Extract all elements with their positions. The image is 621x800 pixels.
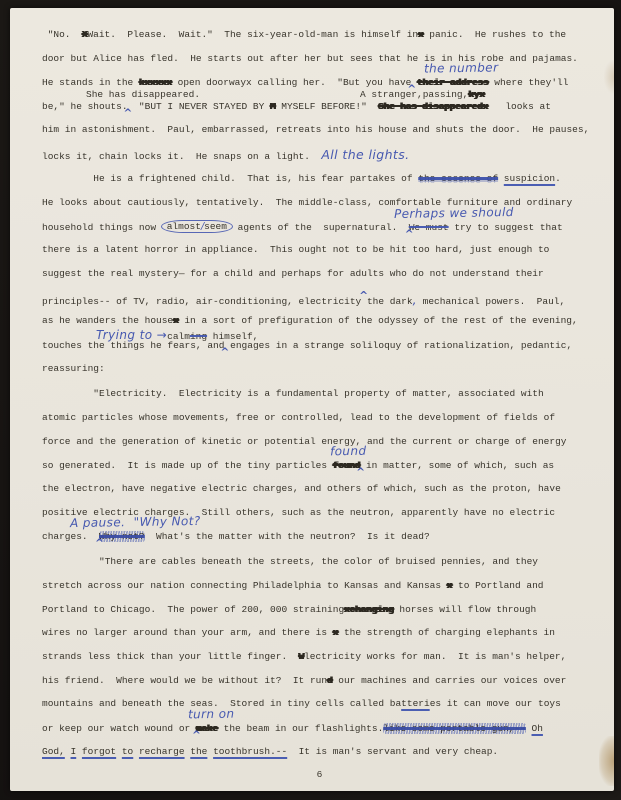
typed-text: es it can move our toys [430,698,561,709]
typed-text: seem [204,221,227,232]
typed-text: He stands in the [42,77,139,88]
typescript-line: mountains and beneath the seas. Stored i… [42,698,597,722]
typescript-line: him in astonishment. Paul, embarrassed, … [42,124,597,148]
typed-text: reassuring: [42,363,105,374]
blue-underlined-text: tteri [401,698,430,709]
typed-text: his friend. Where would we be without it… [42,675,327,686]
typed-text: "Electricity. Electricity is a fundament… [42,388,544,399]
typed-text: . [555,173,561,184]
typescript-line: suggest the real mystery— for a child an… [42,268,597,292]
typed-text: where they'll [489,77,569,88]
typescript-line: so generated. It is made up of the tiny … [42,459,597,483]
typed-text: agents of the supernatural. [232,222,409,233]
blue-underlined-text: the [190,746,207,757]
typed-text: Wait. Please. Wait." The six-year-old-ma… [87,29,418,40]
blue-underlined-text: recharge [139,746,185,757]
typescript-line: Portland to Chicago. The power of 200, 0… [42,604,597,628]
overstruck-text: xchanging [344,604,394,615]
typed-text: our machines and carries our voices over [333,675,567,686]
handwritten-annotation: → [157,328,167,342]
typed-text: so generated. It is made up of the tiny … [42,460,333,471]
handwritten-insertion-above: A pause. "Why Not? [70,514,201,530]
typed-text: the dark [361,296,412,307]
typed-text: principles-- of TV, radio, air-condition… [42,296,361,307]
handwritten-annotation: Trying to [96,328,157,342]
handwritten-annotation: A pause. "Why Not? [70,514,201,530]
manuscript-page: "No. XWait. Please. Wait." The six-year-… [10,8,614,791]
typed-text: Portland to Chicago. The power of 200, 0… [42,604,344,615]
typescript-line: stretch across our nation connecting Phi… [42,580,597,604]
handwritten-insertion-above: turn on [188,707,235,722]
blue-scribbled-text: like some portable gun,-- [383,723,526,734]
overstruck-text: their address [417,77,489,88]
handwritten-annotation: found [330,444,367,459]
typed-insertion-above: A stranger,passing,kyx [360,89,485,100]
typescript-line: "There are cables beneath the streets, t… [42,556,597,580]
paper-stain [599,736,614,786]
typed-text: open doorwayx calling her. "But you have [172,77,411,88]
handwritten-annotation: the number [424,61,499,76]
typed-text: almost [167,221,201,232]
typescript-line: principles-- of TV, radio, air-condition… [42,292,597,316]
typescript-line: "Electricity. Electricity is a fundament… [42,388,597,412]
blue-underlined-text: God, [42,746,65,757]
typed-text: "No. [42,29,82,40]
typed-text: engages in a strange soliloquy of ration… [224,340,572,351]
blue-scribbled-text: Why not? [99,531,145,542]
typed-text: He is a frightened child. That is, his f… [42,173,418,184]
typescript-line: force and the generation of kinetic or p… [42,436,597,460]
typescript-line: door but Alice has fled. He starts out a… [42,53,597,77]
typed-text: wires no larger around than your arm, an… [42,627,333,638]
typed-text: the beam in our flashlights. [218,723,383,734]
blue-struck-text: We must [409,222,449,233]
typed-text: stretch across our nation connecting Phi… [42,580,447,591]
typed-text: mechanical powers. Paul, [417,296,565,307]
typed-text: horses will flow through [394,604,537,615]
overstruck-text: She has disappearedx [378,101,488,112]
typescript-line: locks it, chain locks it. He snaps on a … [42,147,597,171]
typescript-line: or keep our watch wound or ^make the bea… [42,722,597,746]
typed-text: himself, [207,331,258,342]
typed-text: be," he shouts. [42,101,128,112]
typescript-line: his friend. Where would we be without it… [42,675,597,699]
typed-text: force and the generation of kinetic or p… [42,436,567,447]
typed-text: the electron, have negative electric cha… [42,483,561,494]
typed-text: as he wanders the house [42,315,173,326]
typescript-line: touches the things he fears, and^ engage… [42,339,597,363]
scan-background: "No. XWait. Please. Wait." The six-year-… [0,0,621,800]
typescript-line: strands less thick than your little fing… [42,651,597,675]
typescript-text-body: "No. XWait. Please. Wait." The six-year-… [42,29,597,791]
typescript-line: atomic particles whose movements, free o… [42,412,597,436]
typed-text: or keep our watch wound or [42,723,196,734]
handwritten-annotation: turn on [188,707,235,722]
typed-text: MYSELF BEFORE!" [276,101,379,112]
typed-text: lectricity works for man. It is man's he… [304,651,566,662]
overstruck-text: kyx [468,89,485,100]
typed-text: suggest the real mystery— for a child an… [42,268,544,279]
typed-insertion-above: She has disappeared. [86,89,200,100]
blue-underlined-text: forgot [82,746,116,757]
paper-stain [604,60,614,94]
handwritten-annotation: Perhaps we should [394,204,514,220]
typed-text: "There are cables beneath the streets, t… [42,556,538,567]
typed-text: there is a latent horror in appliance. T… [42,244,549,255]
typed-text: strands less thick than your little fing… [42,651,299,662]
typed-text: What's the matter with the neutron? Is i… [145,531,430,542]
typed-text: locks it, chain locks it. He snaps on a … [42,151,321,162]
typescript-line: household things now almost/seem agents … [42,221,597,245]
typescript-line: He is a frightened child. That is, his f… [42,173,597,197]
typescript-line: "No. XWait. Please. Wait." The six-year-… [42,29,597,53]
typescript-line: the electron, have negative electric cha… [42,483,597,507]
typed-text: the strength of charging elephants in [338,627,555,638]
handwritten-insertion-above: found [330,444,367,459]
typed-text: She has disappeared. [86,89,200,100]
typescript-line: God, I forgot to recharge the toothbrush… [42,746,597,770]
typed-text: It is man's servant and very cheap. [287,746,498,757]
blue-underlined-text: suspicion [504,173,555,184]
typescript-line: be," he shouts.^ "BUT I NEVER STAYED BY … [42,100,597,124]
typed-text: him in astonishment. Paul, embarrassed, … [42,124,589,135]
page-number: 6 [42,769,597,791]
blue-underlined-text: toothbrush.-- [213,746,287,757]
typed-text: panic. He rushes to the [424,29,567,40]
typescript-line: wires no larger around than your arm, an… [42,627,597,651]
typescript-line: reassuring: [42,363,597,387]
overstruck-text: kxxxxx [139,77,172,88]
blue-struck-heavy-text: the essence of [418,173,498,184]
typed-text: try to suggest that [449,222,563,233]
typed-text: to Portland and [452,580,543,591]
typed-text: A stranger,passing, [360,89,468,100]
typed-text: calm [167,331,190,342]
typescript-lines: "No. XWait. Please. Wait." The six-year-… [42,29,597,769]
typescript-line: there is a latent horror in appliance. T… [42,244,597,268]
blue-underlined-text: to [122,746,133,757]
typed-text: in matter, some of which, such as [360,460,554,471]
typed-text: atomic particles whose movements, free o… [42,412,555,423]
typed-text: in a sort of prefiguration of the odysse… [179,315,578,326]
handwritten-insertion-above: the number [424,61,499,76]
blue-underlined-text: Oh [532,723,543,734]
typed-text: looks at [488,101,551,112]
typed-text: "BUT I NEVER STAYED BY [128,101,271,112]
blue-struck-text: ing [190,331,207,342]
typescript-line: charges. ^Why not? What's the matter wit… [42,530,597,554]
handwritten-insertion-above: Perhaps we should [394,204,514,220]
handwritten-annotation: All the lights. [321,147,409,162]
typed-text: household things now [42,222,162,233]
typed-text: charges. [42,531,99,542]
circled-words: almost/seem [161,220,233,233]
typed-insertion-above: Trying to →calming himself, [96,328,258,342]
